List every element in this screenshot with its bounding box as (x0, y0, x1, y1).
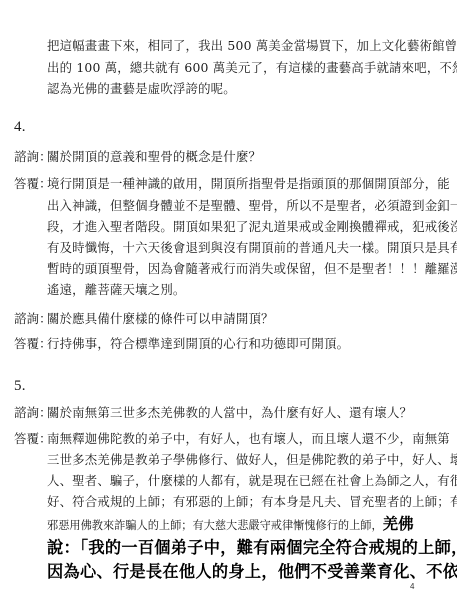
bold-quote-line: 說：「我的一百個弟子中，難有兩個完全符合戒規的上師， (47, 538, 457, 558)
question-text: 關於應具備什麼樣的條件可以申請開頂？ (47, 311, 274, 327)
answer-line: 南無釋迦佛陀教的弟子中，有好人，也有壞人，而且壞人還不少，南無第 (47, 431, 450, 447)
answer-line: 三世多杰羌佛是教弟子學佛修行、做好人，但是佛陀教的弟子中，好人、壞 (47, 452, 457, 468)
answer-line: 出入神識，但整個身體並不是聖體、聖骨，所以不是聖者，必須證到金釦一 (47, 198, 457, 214)
answer-line: 境行開頂是一種神識的啟用，開頂所指聖骨是指頭頂的那個開頂部分，能 (47, 176, 450, 192)
section-number-5: 5. (14, 378, 26, 394)
question-text: 關於南無第三世多杰羌佛教的人當中，為什麼有好人、還有壞人？ (47, 405, 412, 421)
answer-line: 遙遠，離菩薩天壤之別。 (47, 282, 186, 298)
intro-line-2: 出的 100 萬，總共就有 600 萬美元了，有這樣的畫藝高手就請來吧，不然還 (47, 60, 457, 76)
answer-line: 好、符合戒規的上師；有邪惡的上師；有本身是凡夫、冒充聖者的上師；有 (47, 494, 457, 510)
answer-line: 段，才進入聖者階段。開頂如果犯了泥丸道果戒或金剛換體禪戒，犯戒後沒 (47, 219, 457, 235)
answer-line: 暫時的頭頂聖骨，因為會隨著戒行而消失或保留，但不是聖者！！！離羅漢 (47, 261, 457, 277)
section-number-4: 4. (14, 119, 26, 135)
answer-line: 行持佛事，符合標準達到開頂的心行和功德即可開頂。 (47, 336, 349, 352)
intro-line-1: 把這幅畫畫下來，相同了，我出 500 萬美金當場買下，加上文化藝術館曾經 (47, 38, 457, 54)
bold-quote-start: 羌佛 (383, 515, 414, 533)
bold-quote-line: 因為心、行是長在他人的身上，他們不受善業育化、不依 (47, 562, 457, 582)
answer-line: 邪惡用佛教來詐騙人的上師；有大慈大悲嚴守戒律慚愧修行的上師， (47, 519, 383, 532)
answer-line: 人、聖者、騙子，什麼樣的人都有，就是現在已經在社會上為師之人，有很 (47, 473, 457, 489)
page-number: 4 (410, 582, 414, 591)
intro-line-3: 認為光佛的畫藝是虛吹浮誇的呢。 (47, 81, 236, 97)
answer-line-with-bold: 邪惡用佛教來詐騙人的上師；有大慈大悲嚴守戒律慚愧修行的上師，羌佛 (47, 516, 414, 534)
answer-line: 有及時懺悔，十六天後會退到與沒有開頂前的普通凡夫一樣。開頂只是具有 (47, 240, 457, 256)
question-text: 關於開頂的意義和聖骨的概念是什麼？ (47, 149, 261, 165)
